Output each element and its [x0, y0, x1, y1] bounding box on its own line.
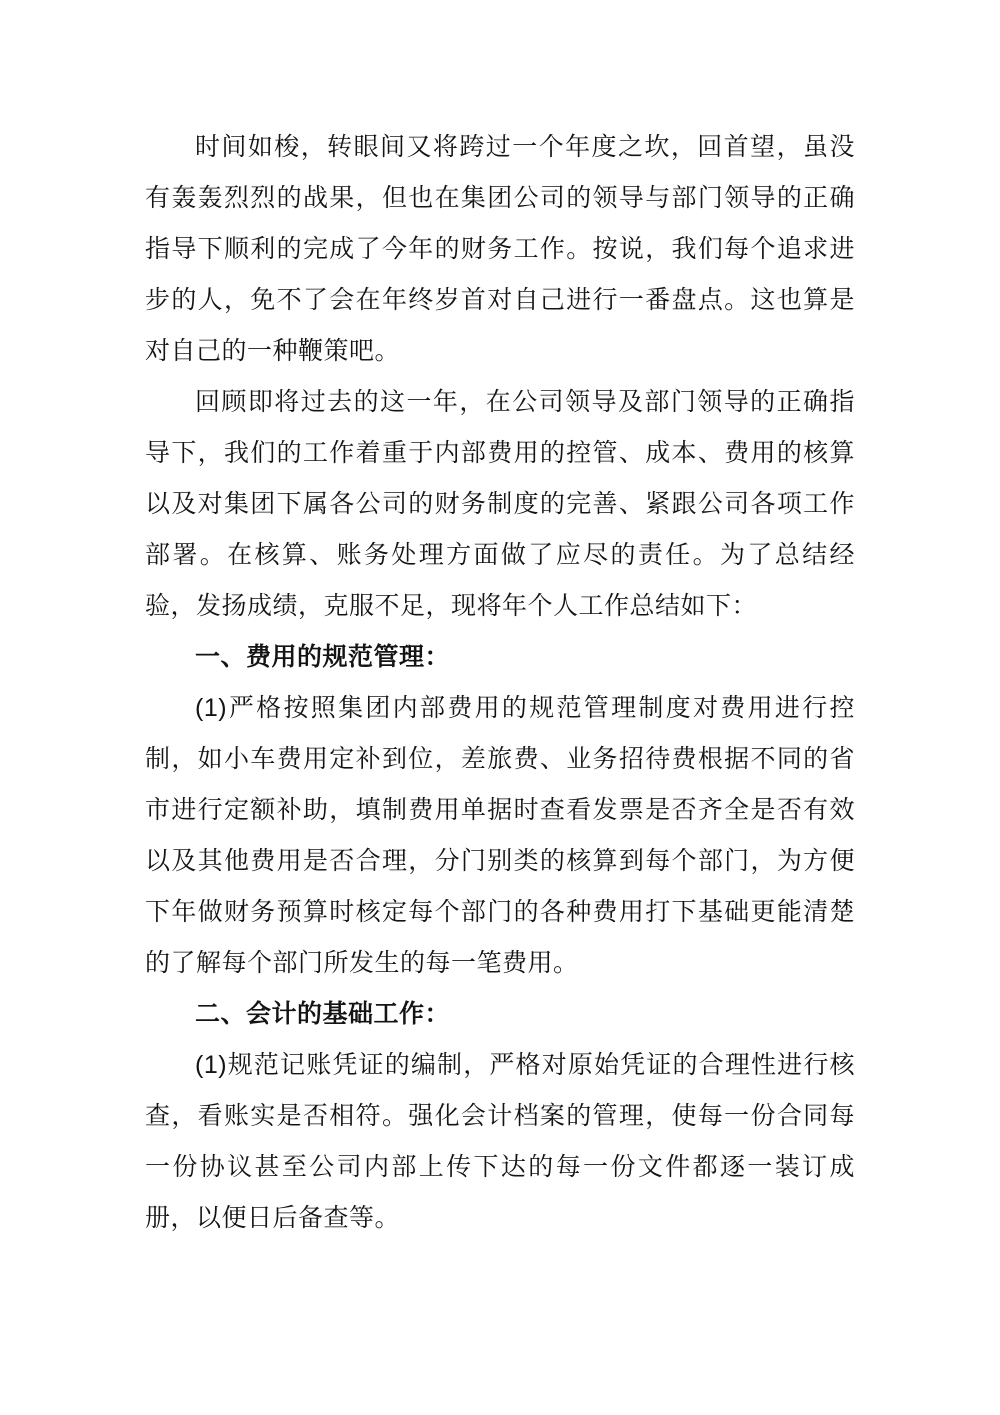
paragraph-section-2-item-1: (1)规范记账凭证的编制，严格对原始凭证的合理性进行核查，看账实是否相符。强化会…	[145, 1040, 855, 1244]
section-heading-1-expense-management: 一、费用的规范管理：	[145, 632, 855, 683]
paragraph-review: 回顾即将过去的这一年，在公司领导及部门领导的正确指导下，我们的工作着重于内部费用…	[145, 377, 855, 632]
document-page: 时间如梭，转眼间又将跨过一个年度之坎，回首望，虽没有轰轰烈烈的战果，但也在集团公…	[0, 0, 1000, 1415]
paragraph-section-1-item-1: (1)严格按照集团内部费用的规范管理制度对费用进行控制，如小车费用定补到位，差旅…	[145, 683, 855, 989]
paragraph-intro: 时间如梭，转眼间又将跨过一个年度之坎，回首望，虽没有轰轰烈烈的战果，但也在集团公…	[145, 122, 855, 377]
section-heading-2-accounting-basics: 二、会计的基础工作：	[145, 989, 855, 1040]
